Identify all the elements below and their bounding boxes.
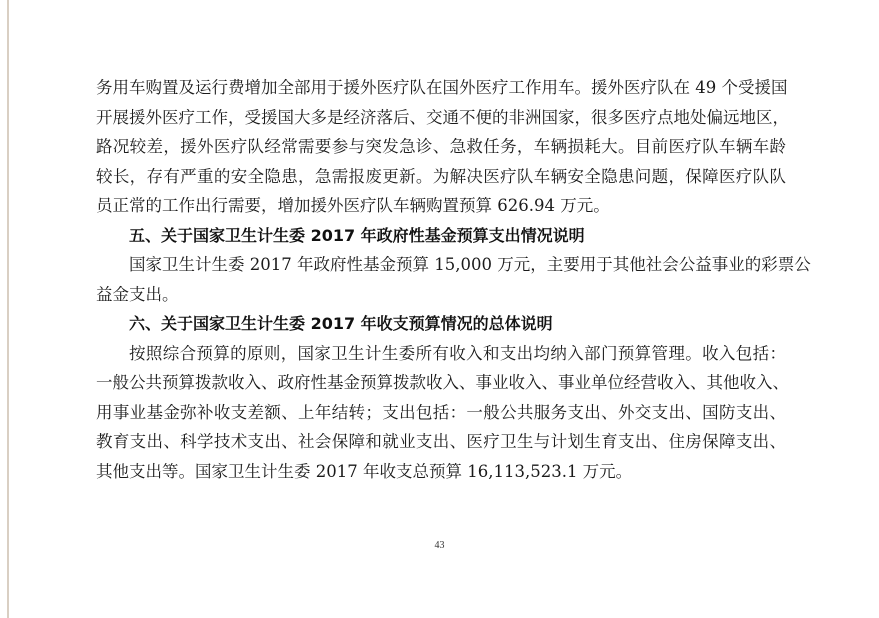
text-line: 较长，存有严重的安全隐患，急需报废更新。为解决医疗队车辆安全隐患问题，保障医疗队… <box>96 162 786 192</box>
page-number: 43 <box>0 540 879 551</box>
section-5-paragraph: 国家卫生计生委 2017 年政府性基金预算 15,000 万元，主要用于其他社会… <box>96 250 786 309</box>
section-heading-6: 六、关于国家卫生计生委 2017 年收支预算情况的总体说明 <box>96 309 786 339</box>
text-line: 按照综合预算的原则，国家卫生计生委所有收入和支出均纳入部门预算管理。收入包括： <box>96 339 786 369</box>
text-line: 开展援外医疗工作，受援国大多是经济落后、交通不便的非洲国家，很多医疗点地处偏远地… <box>96 103 786 133</box>
section-heading-5: 五、关于国家卫生计生委 2017 年政府性基金预算支出情况说明 <box>96 221 786 251</box>
text-line: 国家卫生计生委 2017 年政府性基金预算 15,000 万元，主要用于其他社会… <box>96 250 786 280</box>
text-line: 务用车购置及运行费增加全部用于援外医疗队在国外医疗工作用车。援外医疗队在 49 … <box>96 73 786 103</box>
text-line: 教育支出、科学技术支出、社会保障和就业支出、医疗卫生与计划生育支出、住房保障支出… <box>96 427 786 457</box>
continued-paragraph: 务用车购置及运行费增加全部用于援外医疗队在国外医疗工作用车。援外医疗队在 49 … <box>96 73 786 221</box>
text-line: 用事业基金弥补收支差额、上年结转；支出包括：一般公共服务支出、外交支出、国防支出… <box>96 398 786 428</box>
section-6-paragraph: 按照综合预算的原则，国家卫生计生委所有收入和支出均纳入部门预算管理。收入包括： … <box>96 339 786 487</box>
text-line: 益金支出。 <box>96 280 786 310</box>
text-line: 员正常的工作出行需要，增加援外医疗队车辆购置预算 626.94 万元。 <box>96 191 786 221</box>
text-line: 路况较差，援外医疗队经常需要参与突发急诊、急救任务，车辆损耗大。目前医疗队车辆车… <box>96 132 786 162</box>
document-body: 务用车购置及运行费增加全部用于援外医疗队在国外医疗工作用车。援外医疗队在 49 … <box>96 73 786 486</box>
page-left-border <box>0 0 9 618</box>
text-line: 一般公共预算拨款收入、政府性基金预算拨款收入、事业收入、事业单位经营收入、其他收… <box>96 368 786 398</box>
text-line: 其他支出等。国家卫生计生委 2017 年收支总预算 16,113,523.1 万… <box>96 457 786 487</box>
